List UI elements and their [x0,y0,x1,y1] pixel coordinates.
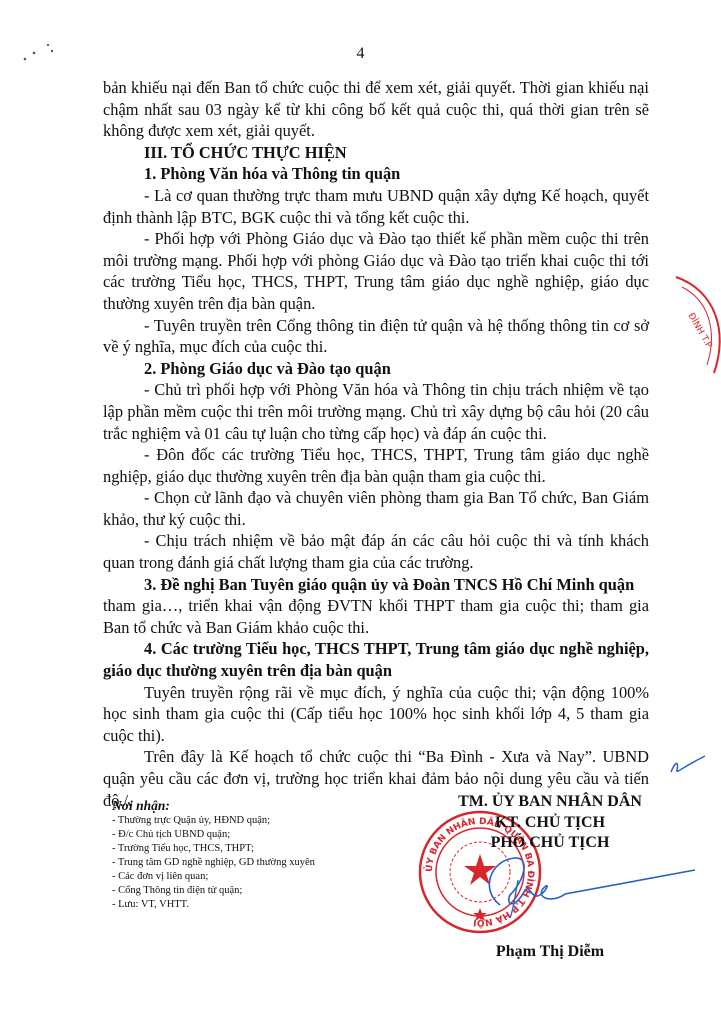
paragraph: - Phối hợp với Phòng Giáo dục và Đào tạo… [103,228,649,314]
initial-checkmark [667,752,707,777]
recipient-item: - Cổng Thông tin điện tử quận; [112,884,412,898]
section-heading: 2. Phòng Giáo dục và Đào tạo quận [103,358,649,380]
signer-name: Phạm Thị Diễm [400,943,700,961]
section-heading: III. TỔ CHỨC THỰC HIỆN [103,142,649,164]
paragraph: - Chủ trì phối hợp với Phòng Văn hóa và … [103,379,649,444]
document-body: bản khiếu nại đến Ban tổ chức cuộc thi đ… [103,77,649,811]
recipient-item: - Lưu: VT, VHTT. [112,898,412,912]
page-seal-edge-stamp: ĐÌNH T.P [674,275,721,375]
recipient-item: - Thường trực Quận ủy, HĐND quận; [112,814,412,828]
paragraph: - Tuyên truyền trên Cổng thông tin điện … [103,315,649,358]
paragraph: Tuyên truyền rộng rãi về mục đích, ý ngh… [103,682,649,747]
paragraph: tham gia…, triển khai vận động ĐVTN khối… [103,595,649,638]
handwritten-signature [470,850,700,920]
signature-line-1: TM. ỦY BAN NHÂN DÂN [400,792,700,813]
recipient-item: - Trung tâm GD nghề nghiệp, GD thường xu… [112,856,412,870]
section-heading: 3. Đề nghị Ban Tuyên giáo quận ủy và Đoà… [103,574,649,596]
recipient-item: - Đ/c Chủ tịch UBND quận; [112,828,412,842]
recipients-title: Nơi nhận: [112,797,412,814]
page-number: 4 [0,45,721,63]
section-heading: 4. Các trường Tiểu học, THCS THPT, Trung… [103,638,649,681]
signature-block: TM. ỦY BAN NHÂN DÂN KT. CHỦ TỊCH PHÓ CHỦ… [400,792,700,854]
paragraph: - Chịu trách nhiệm về bảo mật đáp án các… [103,530,649,573]
paragraph: - Chọn cử lãnh đạo và chuyên viên phòng … [103,487,649,530]
recipients-block: Nơi nhận: - Thường trực Quận ủy, HĐND qu… [112,797,412,912]
recipient-item: - Các đơn vị liên quan; [112,870,412,884]
paragraph: bản khiếu nại đến Ban tổ chức cuộc thi đ… [103,77,649,142]
signature-line-2: KT. CHỦ TỊCH [400,813,700,834]
recipient-item: - Trường Tiểu học, THCS, THPT; [112,842,412,856]
paragraph: - Là cơ quan thường trực tham mưu UBND q… [103,185,649,228]
section-heading: 1. Phòng Văn hóa và Thông tin quận [103,163,649,185]
paragraph: - Đôn đốc các trường Tiểu học, THCS, THP… [103,444,649,487]
